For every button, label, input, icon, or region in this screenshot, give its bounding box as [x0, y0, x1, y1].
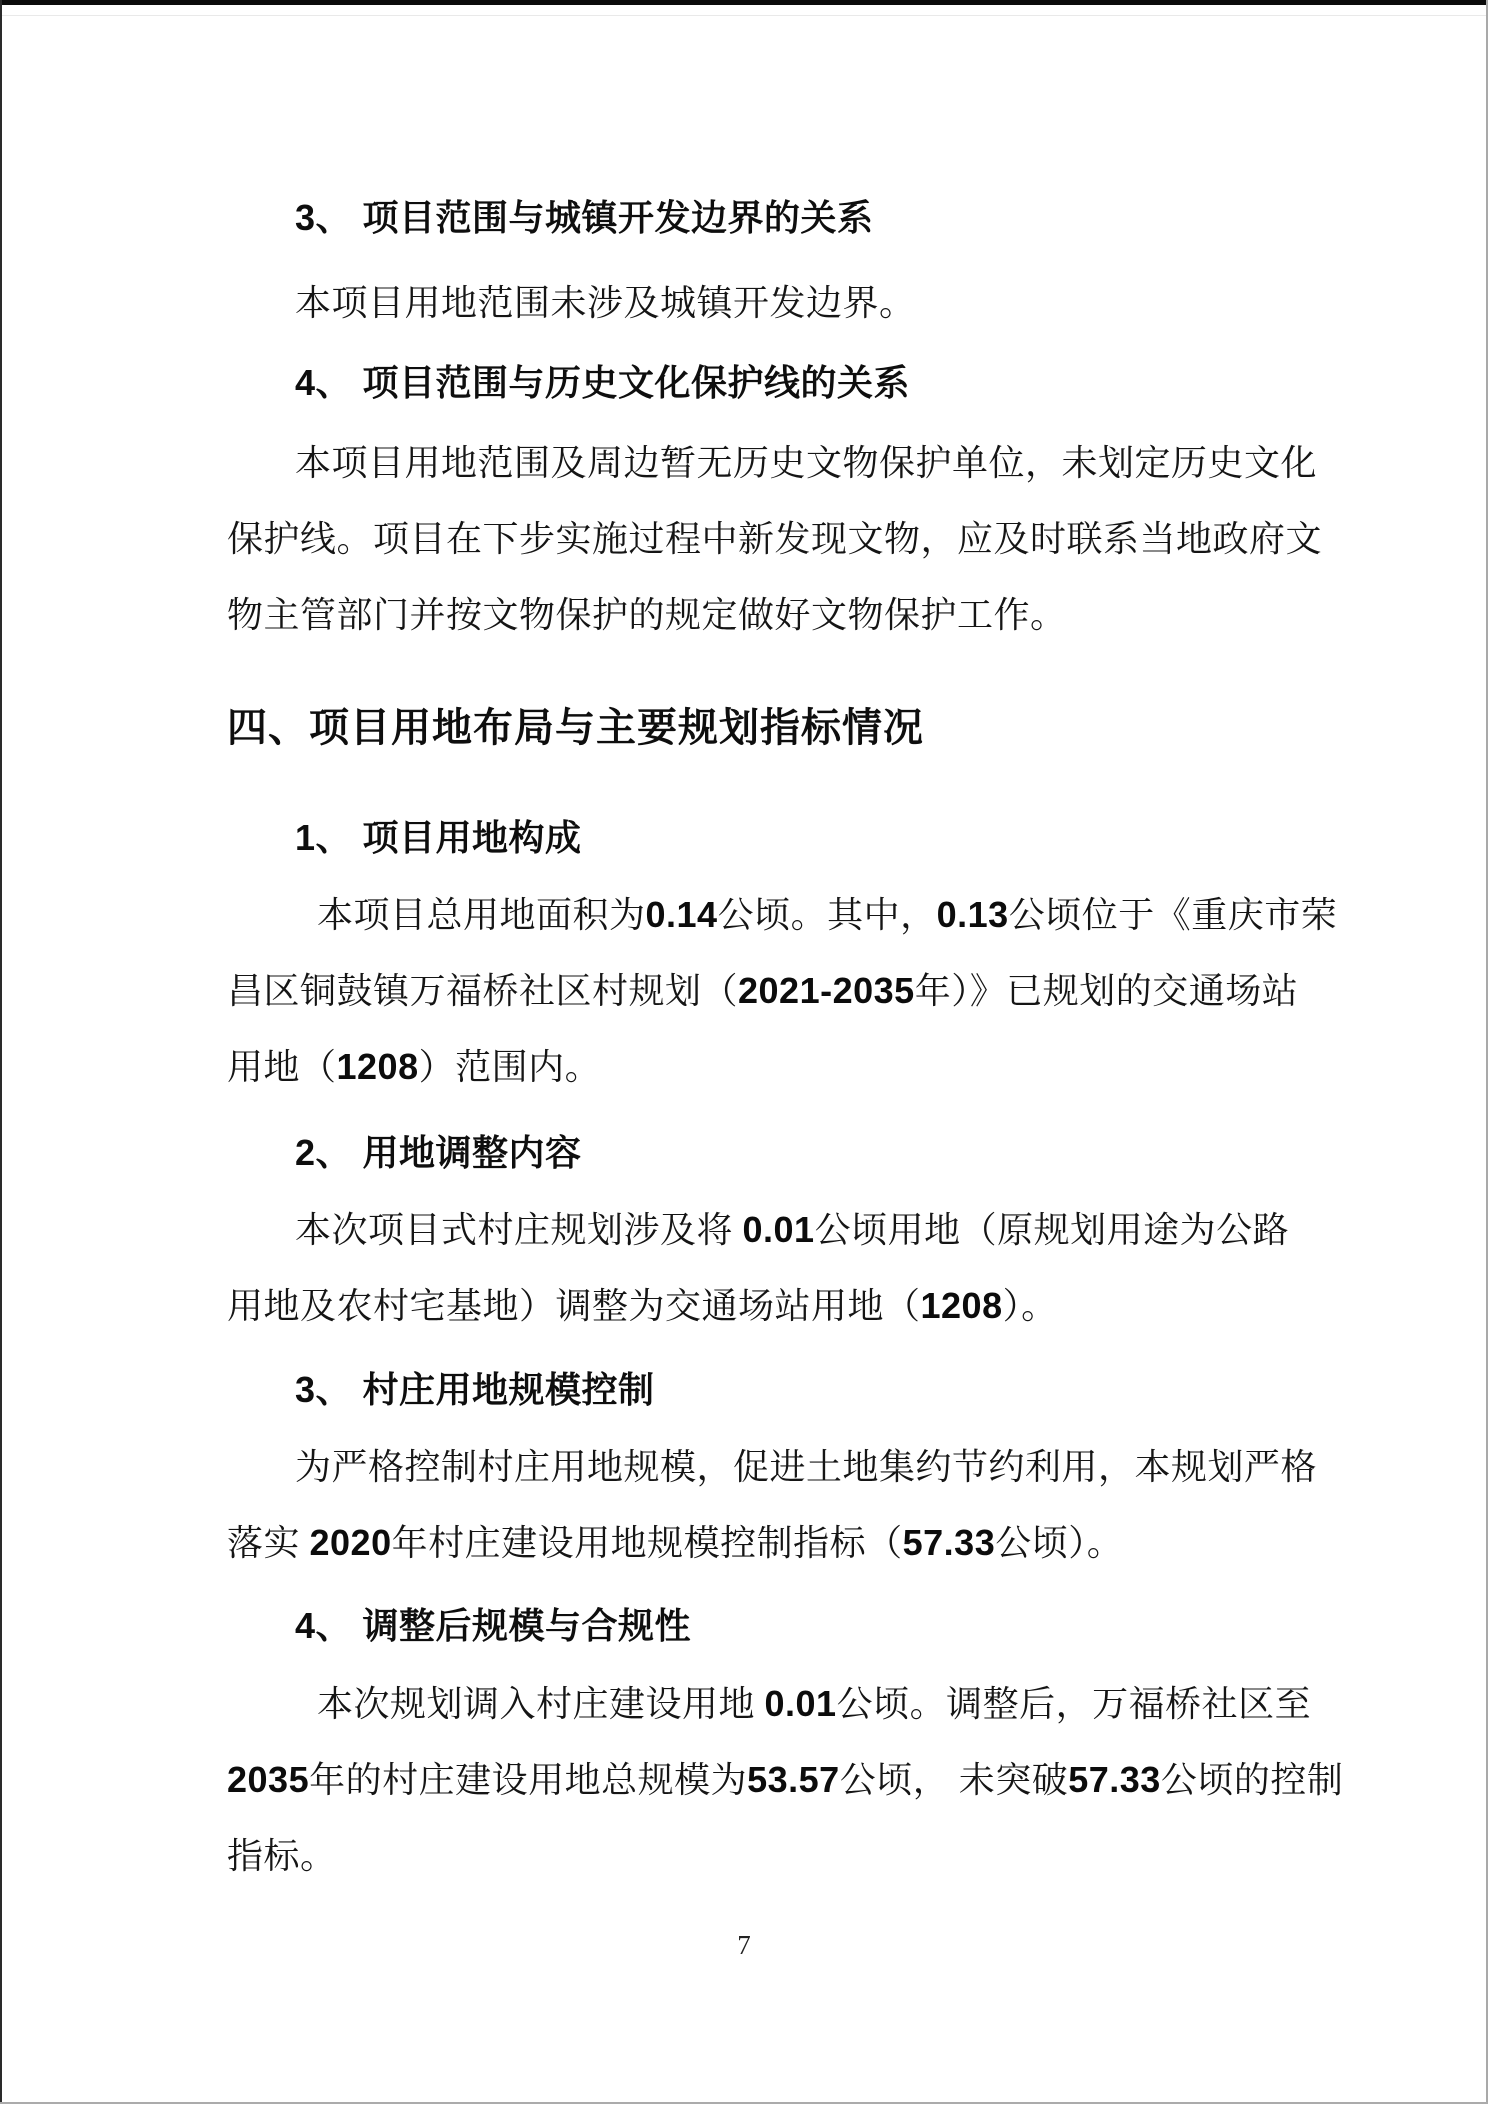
para-line: 用地（1208）范围内。: [227, 1029, 1327, 1105]
para-line: 物主管部门并按文物保护的规定做好文物保护工作。: [227, 577, 1327, 653]
page-number: 7: [0, 1925, 1488, 1965]
para-line: 指标。: [227, 1818, 1327, 1894]
paragraph-heritage-protection: 本项目用地范围及周边暂无历史文物保护单位，未划定历史文化 保护线。项目在下步实施…: [227, 425, 1327, 653]
subsection-heading-1-land-composition: 1、 项目用地构成: [227, 800, 1327, 876]
heading-text: 4、 调整后规模与合规性: [227, 1588, 1327, 1664]
para-line: 本次规划调入村庄建设用地 0.01公顷。调整后，万福桥社区至: [227, 1666, 1327, 1742]
para-line: 本项目用地范围及周边暂无历史文物保护单位，未划定历史文化: [227, 425, 1327, 501]
paragraph-scale-control: 为严格控制村庄用地规模，促进土地集约节约利用，本规划严格 落实 2020年村庄建…: [227, 1429, 1327, 1581]
subsection-heading-2-adjustment-content: 2、 用地调整内容: [227, 1115, 1327, 1191]
scan-edge-left: [0, 0, 2, 2104]
scan-hairline: [0, 15, 1488, 16]
heading-text: 3、 村庄用地规模控制: [227, 1352, 1327, 1428]
subsection-heading-4-compliance: 4、 调整后规模与合规性: [227, 1588, 1327, 1664]
section-heading-4: 四、项目用地布局与主要规划指标情况: [227, 688, 1327, 768]
paragraph-land-composition: 本项目总用地面积为0.14公顷。其中，0.13公顷位于《重庆市荣 昌区铜鼓镇万福…: [227, 877, 1327, 1105]
paragraph-adjustment-content: 本次项目式村庄规划涉及将 0.01公顷用地（原规划用途为公路 用地及农村宅基地）…: [227, 1192, 1327, 1344]
paragraph-development-boundary: 本项目用地范围未涉及城镇开发边界。: [227, 265, 1327, 341]
subsection-heading-3: 3、 项目范围与城镇开发边界的关系: [227, 180, 1327, 256]
para-line: 落实 2020年村庄建设用地规模控制指标（57.33公顷）。: [227, 1505, 1327, 1581]
heading-text: 1、 项目用地构成: [227, 800, 1327, 876]
para-line: 本项目总用地面积为0.14公顷。其中，0.13公顷位于《重庆市荣: [227, 877, 1327, 953]
para-line: 本项目用地范围未涉及城镇开发边界。: [227, 265, 1327, 341]
heading-text: 四、项目用地布局与主要规划指标情况: [227, 688, 1327, 768]
document-page: 3、 项目范围与城镇开发边界的关系 本项目用地范围未涉及城镇开发边界。 4、 项…: [0, 0, 1488, 2104]
para-line: 保护线。项目在下步实施过程中新发现文物，应及时联系当地政府文: [227, 501, 1327, 577]
para-line: 2035年的村庄建设用地总规模为53.57公顷， 未突破57.33公顷的控制: [227, 1742, 1327, 1818]
scan-edge-top: [0, 0, 1488, 5]
paragraph-compliance: 本次规划调入村庄建设用地 0.01公顷。调整后，万福桥社区至 2035年的村庄建…: [227, 1666, 1327, 1894]
subsection-heading-4: 4、 项目范围与历史文化保护线的关系: [227, 345, 1327, 421]
para-line: 本次项目式村庄规划涉及将 0.01公顷用地（原规划用途为公路: [227, 1192, 1327, 1268]
para-line: 昌区铜鼓镇万福桥社区村规划（2021-2035年）》已规划的交通场站: [227, 953, 1327, 1029]
para-line: 为严格控制村庄用地规模，促进土地集约节约利用，本规划严格: [227, 1429, 1327, 1505]
heading-text: 3、 项目范围与城镇开发边界的关系: [227, 180, 1327, 256]
subsection-heading-3-scale-control: 3、 村庄用地规模控制: [227, 1352, 1327, 1428]
para-line: 用地及农村宅基地）调整为交通场站用地（1208）。: [227, 1268, 1327, 1344]
heading-text: 2、 用地调整内容: [227, 1115, 1327, 1191]
heading-text: 4、 项目范围与历史文化保护线的关系: [227, 345, 1327, 421]
